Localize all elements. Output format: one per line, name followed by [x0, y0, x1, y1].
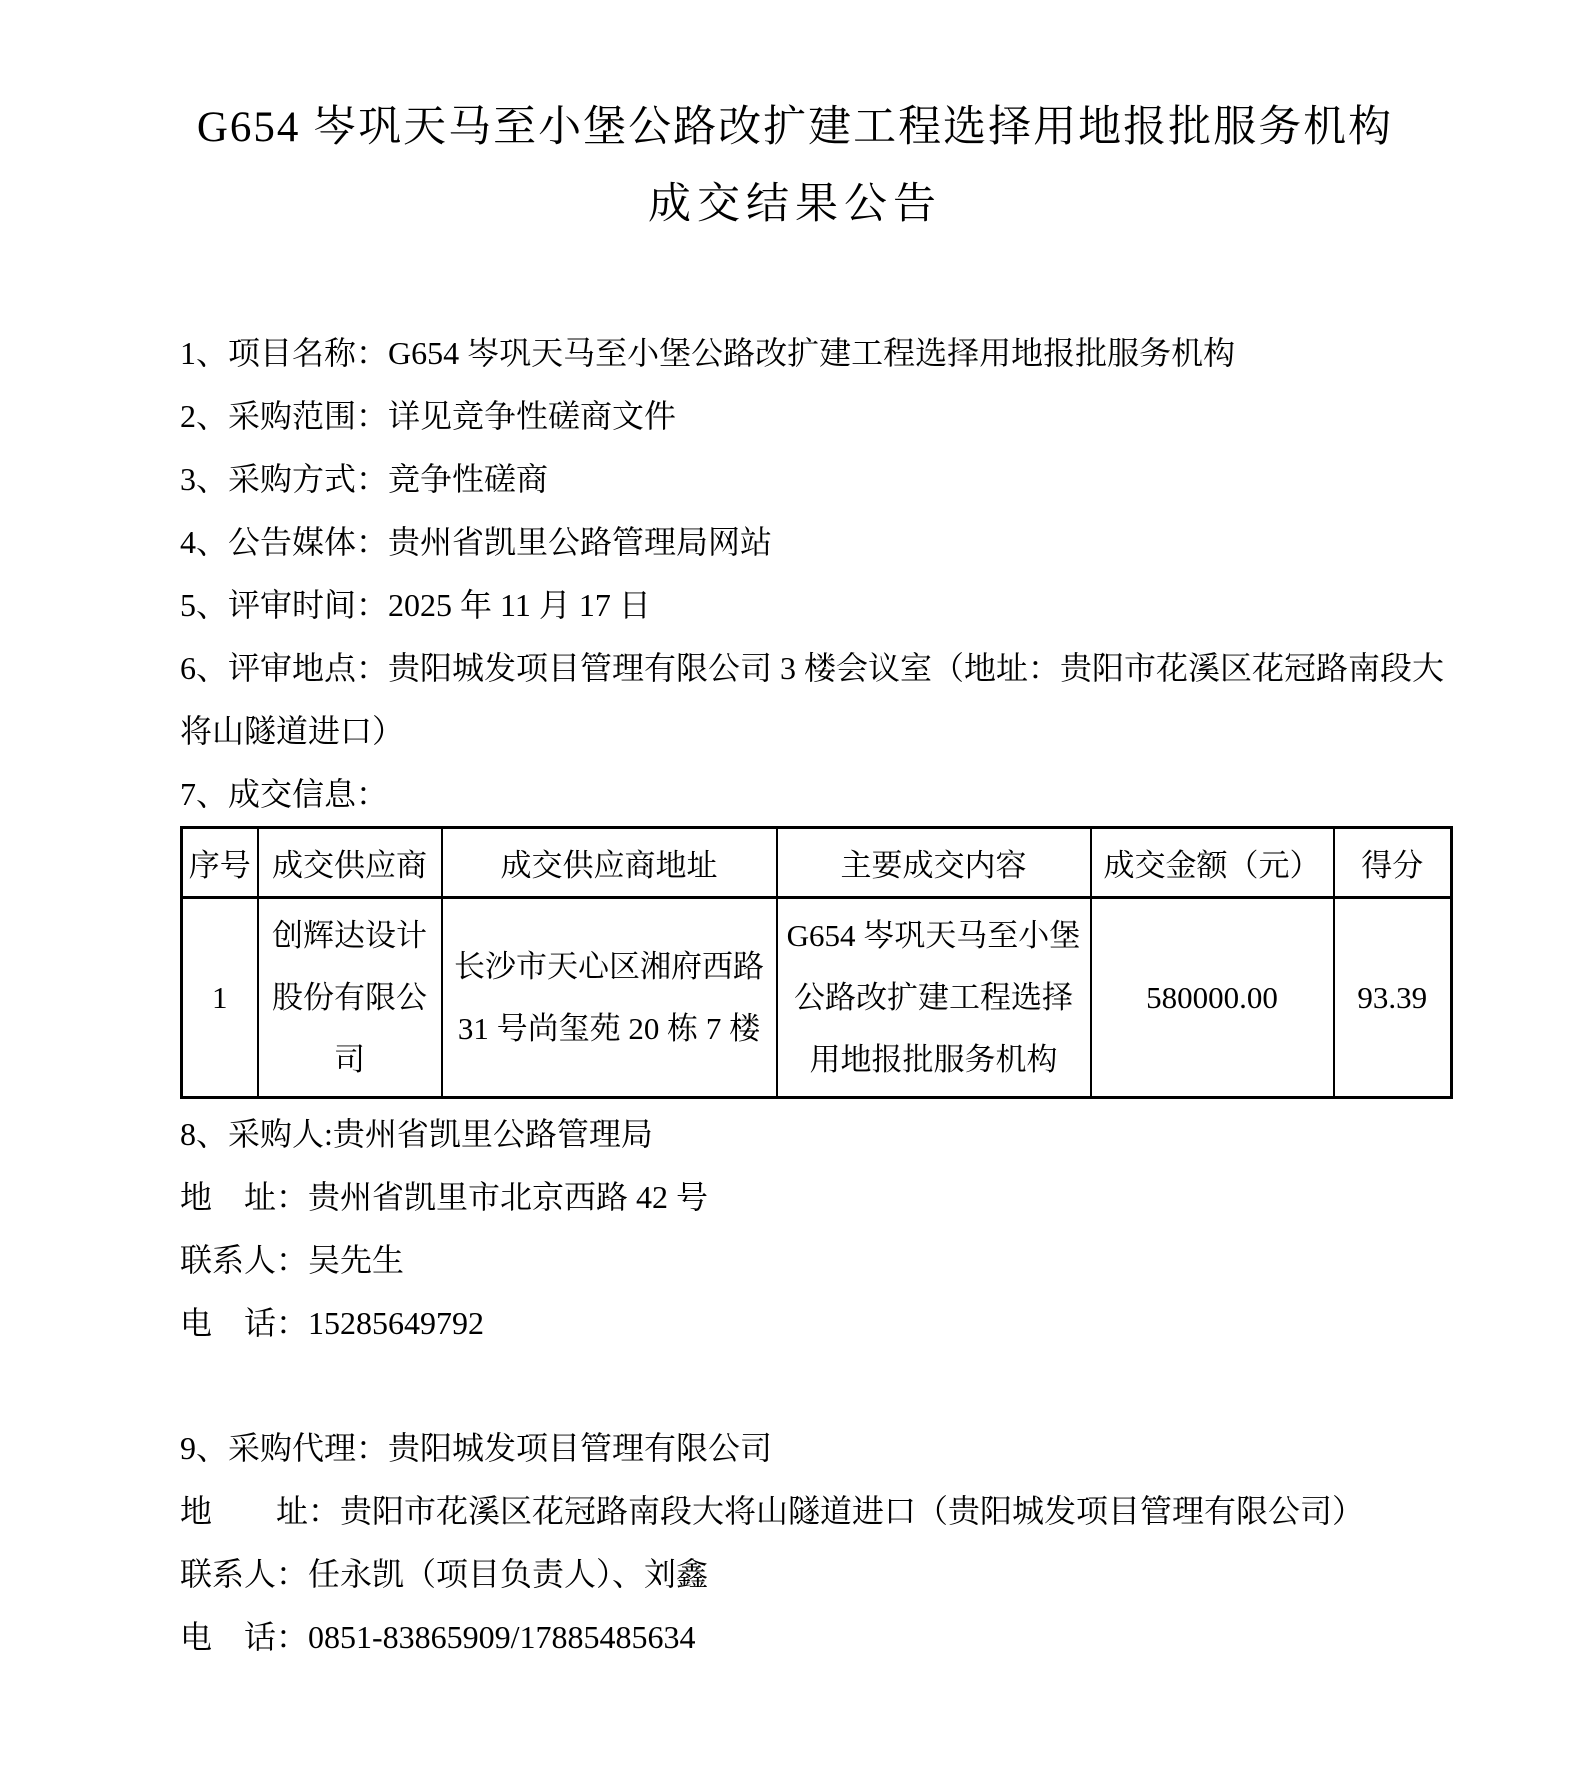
cell-supplier-address: 长沙市天心区湘府西路 31 号尚玺苑 20 栋 7 楼 — [442, 898, 777, 1098]
detail-line-award-info-label: 7、成交信息： — [180, 763, 1410, 826]
detail-line-review-location-cont: 将山隧道进口） — [180, 700, 1410, 763]
agent-phone-line: 电 话：0851-83865909/17885485634 — [180, 1606, 1410, 1669]
purchaser-contact-person-line: 联系人：吴先生 — [180, 1229, 1410, 1292]
detail-list: 1、项目名称：G654 岑巩天马至小堡公路改扩建工程选择用地报批服务机构 2、采… — [180, 322, 1410, 826]
detail-line-review-location: 6、评审地点：贵阳城发项目管理有限公司 3 楼会议室（地址：贵阳市花溪区花冠路南… — [180, 637, 1410, 700]
table-header-row: 序号 成交供应商 成交供应商地址 主要成交内容 成交金额（元） 得分 — [182, 828, 1452, 898]
th-amount: 成交金额（元） — [1091, 828, 1334, 898]
detail-line-procurement-scope: 2、采购范围：详见竞争性磋商文件 — [180, 385, 1410, 448]
th-main-content: 主要成交内容 — [777, 828, 1091, 898]
table-row: 1 创辉达设计股份有限公司 长沙市天心区湘府西路 31 号尚玺苑 20 栋 7 … — [182, 898, 1452, 1098]
agent-contact-person-line: 联系人：任永凯（项目负责人）、刘鑫 — [180, 1543, 1410, 1606]
agent-name-line: 9、采购代理：贵阳城发项目管理有限公司 — [180, 1417, 1410, 1480]
page-subtitle: 成交结果公告 — [180, 178, 1410, 232]
detail-line-review-time: 5、评审时间：2025 年 11 月 17 日 — [180, 574, 1410, 637]
purchaser-phone-line: 电 话：15285649792 — [180, 1292, 1410, 1355]
agent-info-block: 9、采购代理：贵阳城发项目管理有限公司 地 址：贵阳市花溪区花冠路南段大将山隧道… — [180, 1417, 1410, 1669]
purchaser-info-block: 8、采购人:贵州省凯里公路管理局 地 址：贵州省凯里市北京西路 42 号 联系人… — [180, 1103, 1410, 1355]
cell-amount: 580000.00 — [1091, 898, 1334, 1098]
page-title: G654 岑巩天马至小堡公路改扩建工程选择用地报批服务机构 — [180, 101, 1410, 155]
purchaser-name-line: 8、采购人:贵州省凯里公路管理局 — [180, 1103, 1410, 1166]
detail-line-announcement-media: 4、公告媒体：贵州省凯里公路管理局网站 — [180, 511, 1410, 574]
th-supplier-address: 成交供应商地址 — [442, 828, 777, 898]
detail-line-project-name: 1、项目名称：G654 岑巩天马至小堡公路改扩建工程选择用地报批服务机构 — [180, 322, 1410, 385]
cell-sequence-number: 1 — [182, 898, 258, 1098]
detail-line-procurement-method: 3、采购方式：竞争性磋商 — [180, 448, 1410, 511]
th-supplier: 成交供应商 — [258, 828, 442, 898]
cell-supplier: 创辉达设计股份有限公司 — [258, 898, 442, 1098]
th-score: 得分 — [1334, 828, 1452, 898]
cell-score: 93.39 — [1334, 898, 1452, 1098]
purchaser-address-line: 地 址：贵州省凯里市北京西路 42 号 — [180, 1166, 1410, 1229]
award-result-table: 序号 成交供应商 成交供应商地址 主要成交内容 成交金额（元） 得分 1 创辉达… — [180, 826, 1453, 1099]
th-sequence-number: 序号 — [182, 828, 258, 898]
agent-address-line: 地 址：贵阳市花溪区花冠路南段大将山隧道进口（贵阳城发项目管理有限公司） — [180, 1480, 1410, 1543]
announcement-document: G654 岑巩天马至小堡公路改扩建工程选择用地报批服务机构 成交结果公告 1、项… — [0, 0, 1410, 1669]
cell-main-content: G654 岑巩天马至小堡公路改扩建工程选择用地报批服务机构 — [777, 898, 1091, 1098]
